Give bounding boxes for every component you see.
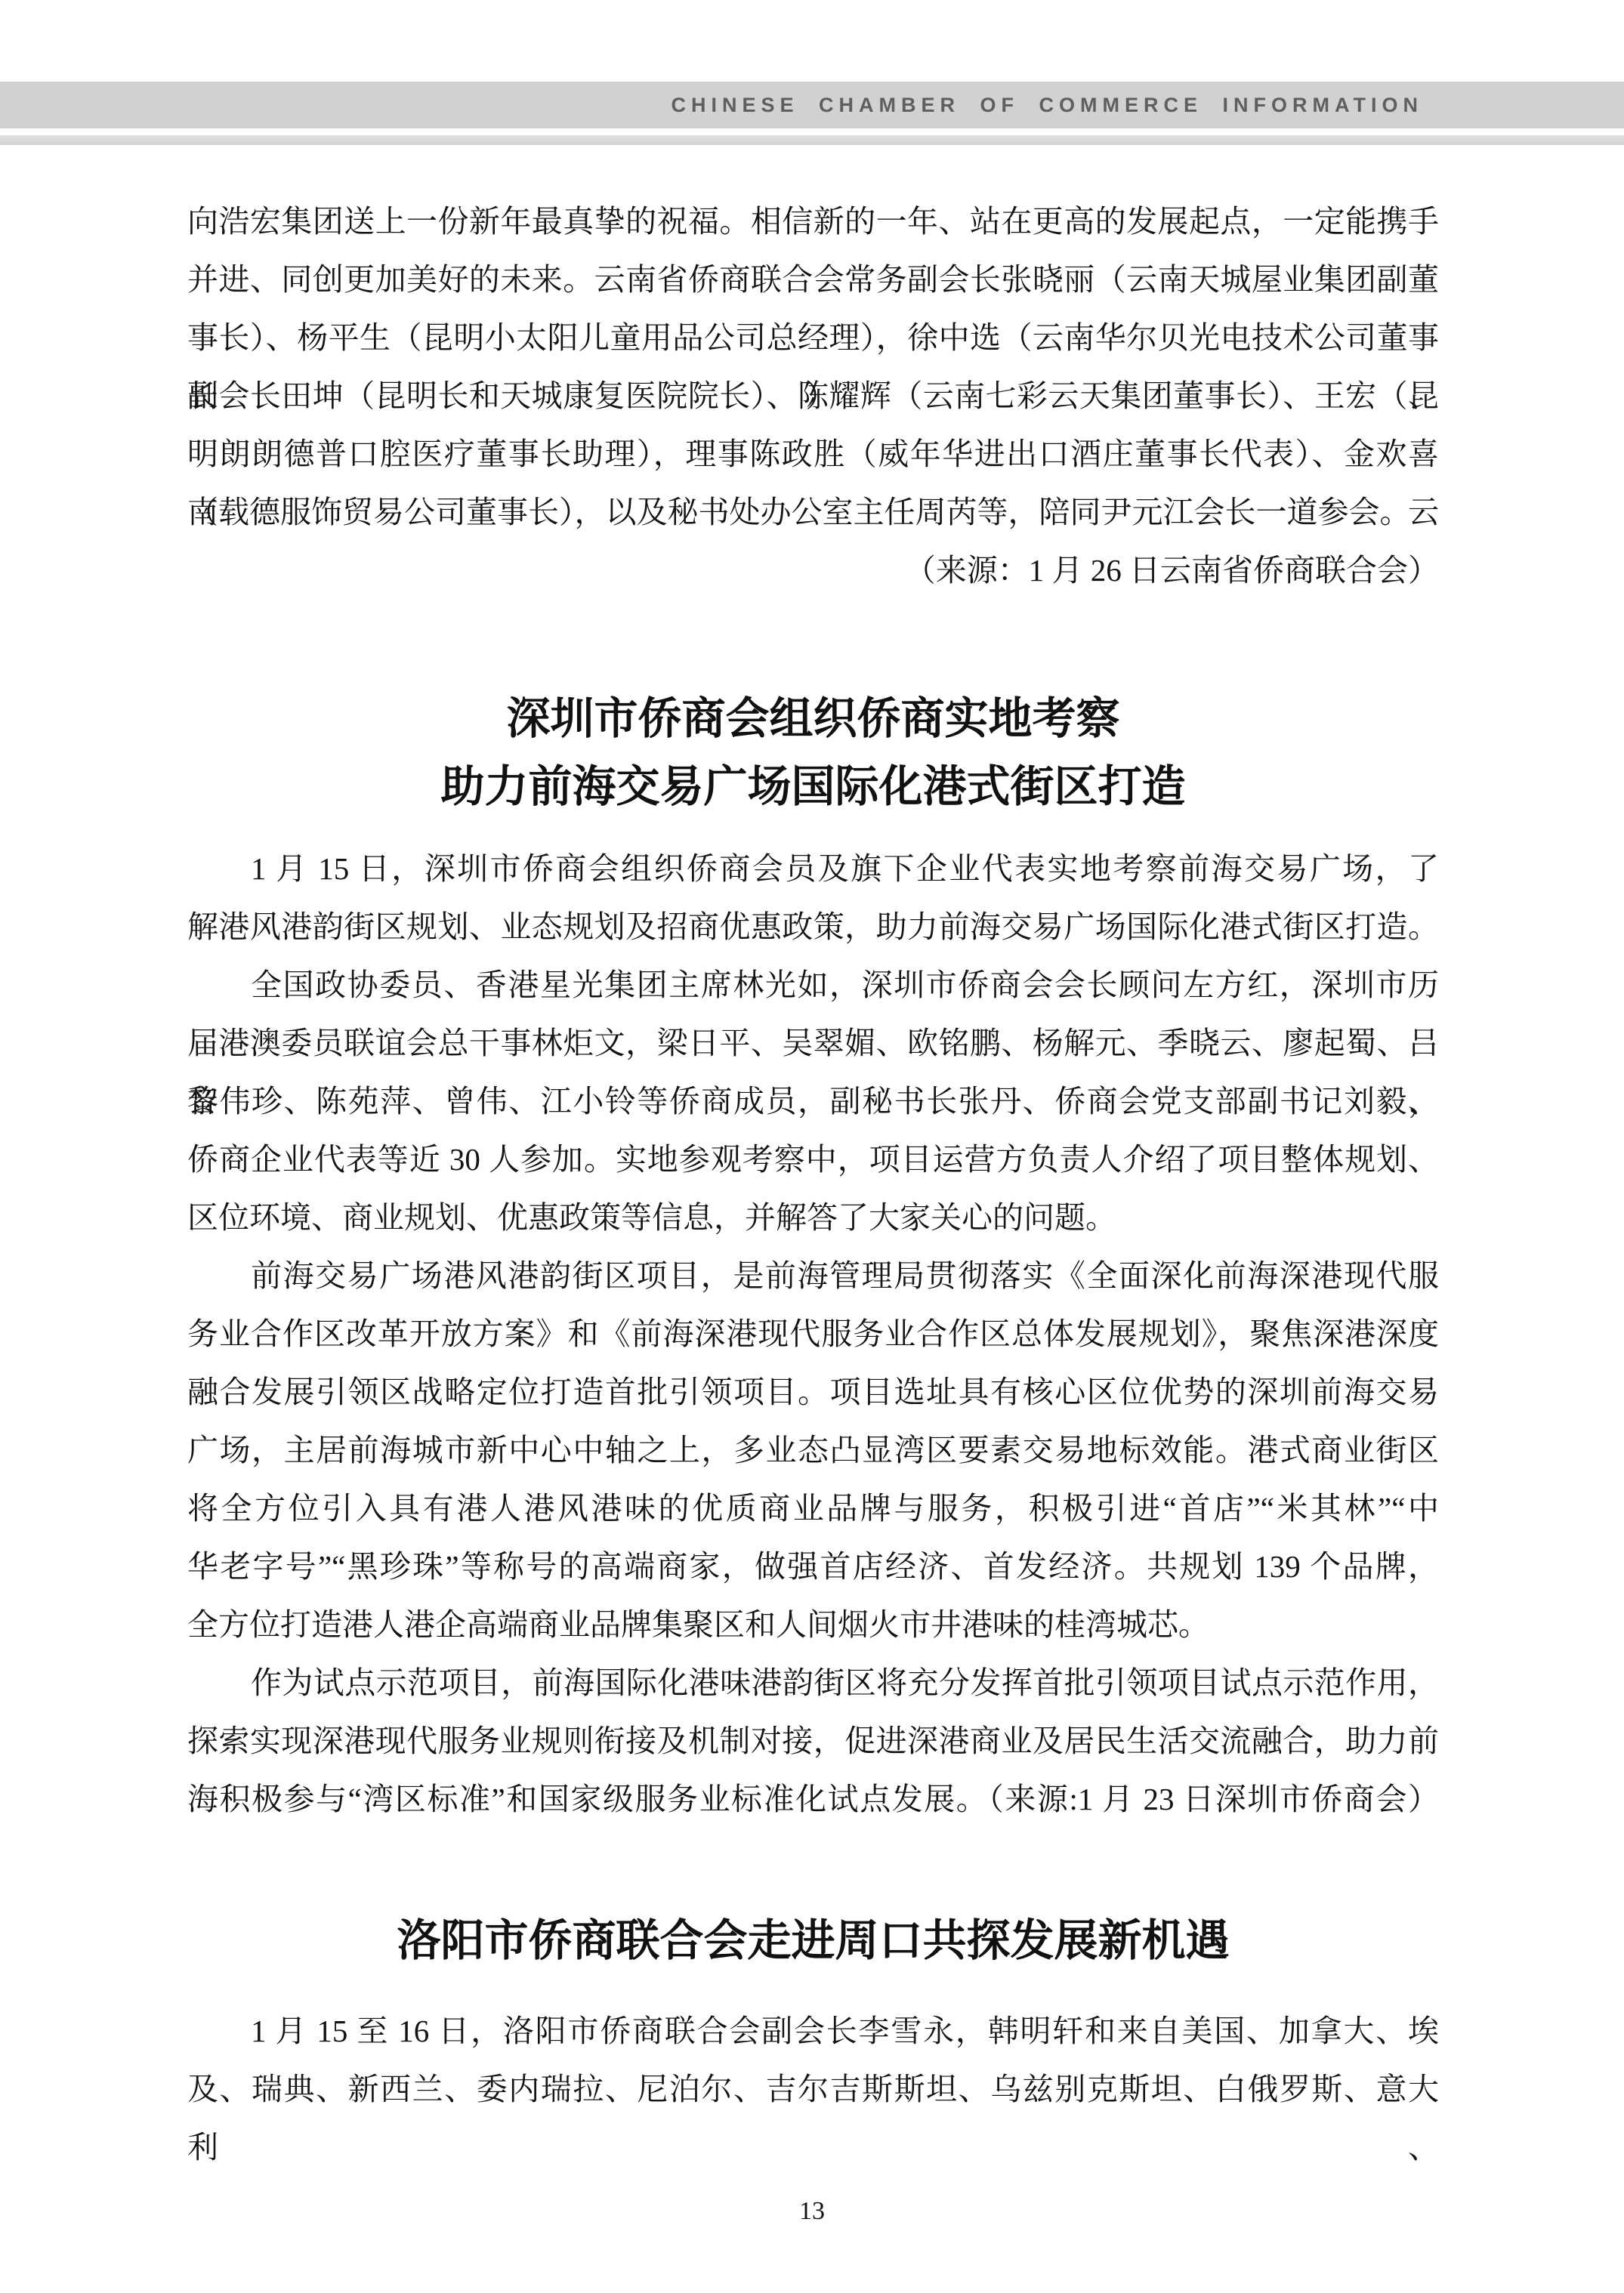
document-page: CHINESE CHAMBER OF COMMERCE INFORMATION … bbox=[0, 0, 1624, 2293]
body-line: 侨商企业代表等近 30 人参加。实地参观考察中，项目运营方负责人介绍了项目整体规… bbox=[187, 1131, 1439, 1189]
body-line: 及、瑞典、新西兰、委内瑞拉、尼泊尔、吉尔吉斯斯坦、乌兹别克斯坦、白俄罗斯、意大利… bbox=[187, 2060, 1439, 2119]
body-line: 1 月 15 日，深圳市侨商会组织侨商会员及旗下企业代表实地考察前海交易广场，了 bbox=[187, 840, 1439, 898]
body-line: 1 月 15 至 16 日，洛阳市侨商联合会副会长李雪永，韩明轩和来自美国、加拿… bbox=[187, 2002, 1439, 2060]
body-line: 区位环境、商业规划、优惠政策等信息，并解答了大家关心的问题。 bbox=[187, 1189, 1439, 1247]
body-line: 广场，主居前海城市新中心中轴之上，多业态凸显湾区要素交易地标效能。港式商业街区 bbox=[187, 1421, 1439, 1480]
body-line: 将全方位引入具有港人港风港味的优质商业品牌与服务，积极引进“首店”“米其林”“中 bbox=[187, 1480, 1439, 1538]
body-line: 华老字号”“黑珍珠”等称号的高端商家，做强首店经济、首发经济。共规划 139 个… bbox=[187, 1538, 1439, 1596]
source-line: （来源：1 月 26 日云南省侨商联合会） bbox=[187, 542, 1439, 600]
body-line: 明朗朗德普口腔医疗董事长助理），理事陈政胜（威年华进出口酒庄董事长代表）、金欢喜… bbox=[187, 425, 1439, 483]
page-number: 13 bbox=[0, 2194, 1624, 2229]
section-heading: 助力前海交易广场国际化港式街区打造 bbox=[187, 751, 1439, 822]
body-line: 探索实现深港现代服务业规则衔接及机制对接，促进深港商业及居民生活交流融合，助力前 bbox=[187, 1712, 1439, 1770]
body-line: 海积极参与“湾区标准”和国家级服务业标准化试点发展。（来源:1 月 23 日深圳… bbox=[187, 1770, 1439, 1829]
body-line: 南载德服饰贸易公司董事长），以及秘书处办公室主任周芮等，陪同尹元江会长一道参会。 bbox=[187, 483, 1439, 542]
body-line: 融合发展引领区战略定位打造首批引领项目。项目选址具有核心区位优势的深圳前海交易 bbox=[187, 1363, 1439, 1421]
body-line: 向浩宏集团送上一份新年最真挚的祝福。相信新的一年、站在更高的发展起点，一定能携手 bbox=[187, 193, 1439, 251]
body-line: 全方位打造港人港企高端商业品牌集聚区和人间烟火市井港味的桂湾城芯。 bbox=[187, 1596, 1439, 1654]
body-line: 并进、同创更加美好的未来。云南省侨商联合会常务副会长张晓丽（云南天城屋业集团副董 bbox=[187, 251, 1439, 309]
body-line: 副会长田坤（昆明长和天城康复医院院长）、陈耀辉（云南七彩云天集团董事长）、王宏（… bbox=[187, 367, 1439, 425]
section-heading: 洛阳市侨商联合会走进周口共探发展新机遇 bbox=[187, 1905, 1439, 1977]
body-line: 全国政协委员、香港星光集团主席林光如，深圳市侨商会会长顾问左方红，深圳市历 bbox=[187, 956, 1439, 1014]
header-banner-title: CHINESE CHAMBER OF COMMERCE INFORMATION bbox=[672, 82, 1624, 128]
body-line: 前海交易广场港风港韵街区项目，是前海管理局贯彻落实《全面深化前海深港现代服 bbox=[187, 1247, 1439, 1305]
body-line: 作为试点示范项目，前海国际化港味港韵街区将充分发挥首批引领项目试点示范作用， bbox=[187, 1654, 1439, 1712]
body-line: 务业合作区改革开放方案》和《前海深港现代服务业合作区总体发展规划》，聚焦深港深度 bbox=[187, 1305, 1439, 1363]
section-heading: 深圳市侨商会组织侨商实地考察 bbox=[187, 683, 1439, 755]
body-line: 事长）、杨平生（昆明小太阳儿童用品公司总经理），徐中选（云南华尔贝光电技术公司董… bbox=[187, 309, 1439, 367]
body-line: 解港风港韵街区规划、业态规划及招商优惠政策，助力前海交易广场国际化港式街区打造。 bbox=[187, 898, 1439, 956]
body-line: 黎伟珍、陈苑萍、曾伟、江小铃等侨商成员，副秘书长张丹、侨商会党支部副书记刘毅， bbox=[187, 1072, 1439, 1131]
header-divider-bar bbox=[0, 135, 1624, 145]
header-banner-bar: CHINESE CHAMBER OF COMMERCE INFORMATION bbox=[0, 82, 1624, 128]
body-line: 届港澳委员联谊会总干事林炬文，梁日平、吴翠媚、欧铭鹏、杨解元、季晓云、廖起蜀、吕… bbox=[187, 1014, 1439, 1072]
